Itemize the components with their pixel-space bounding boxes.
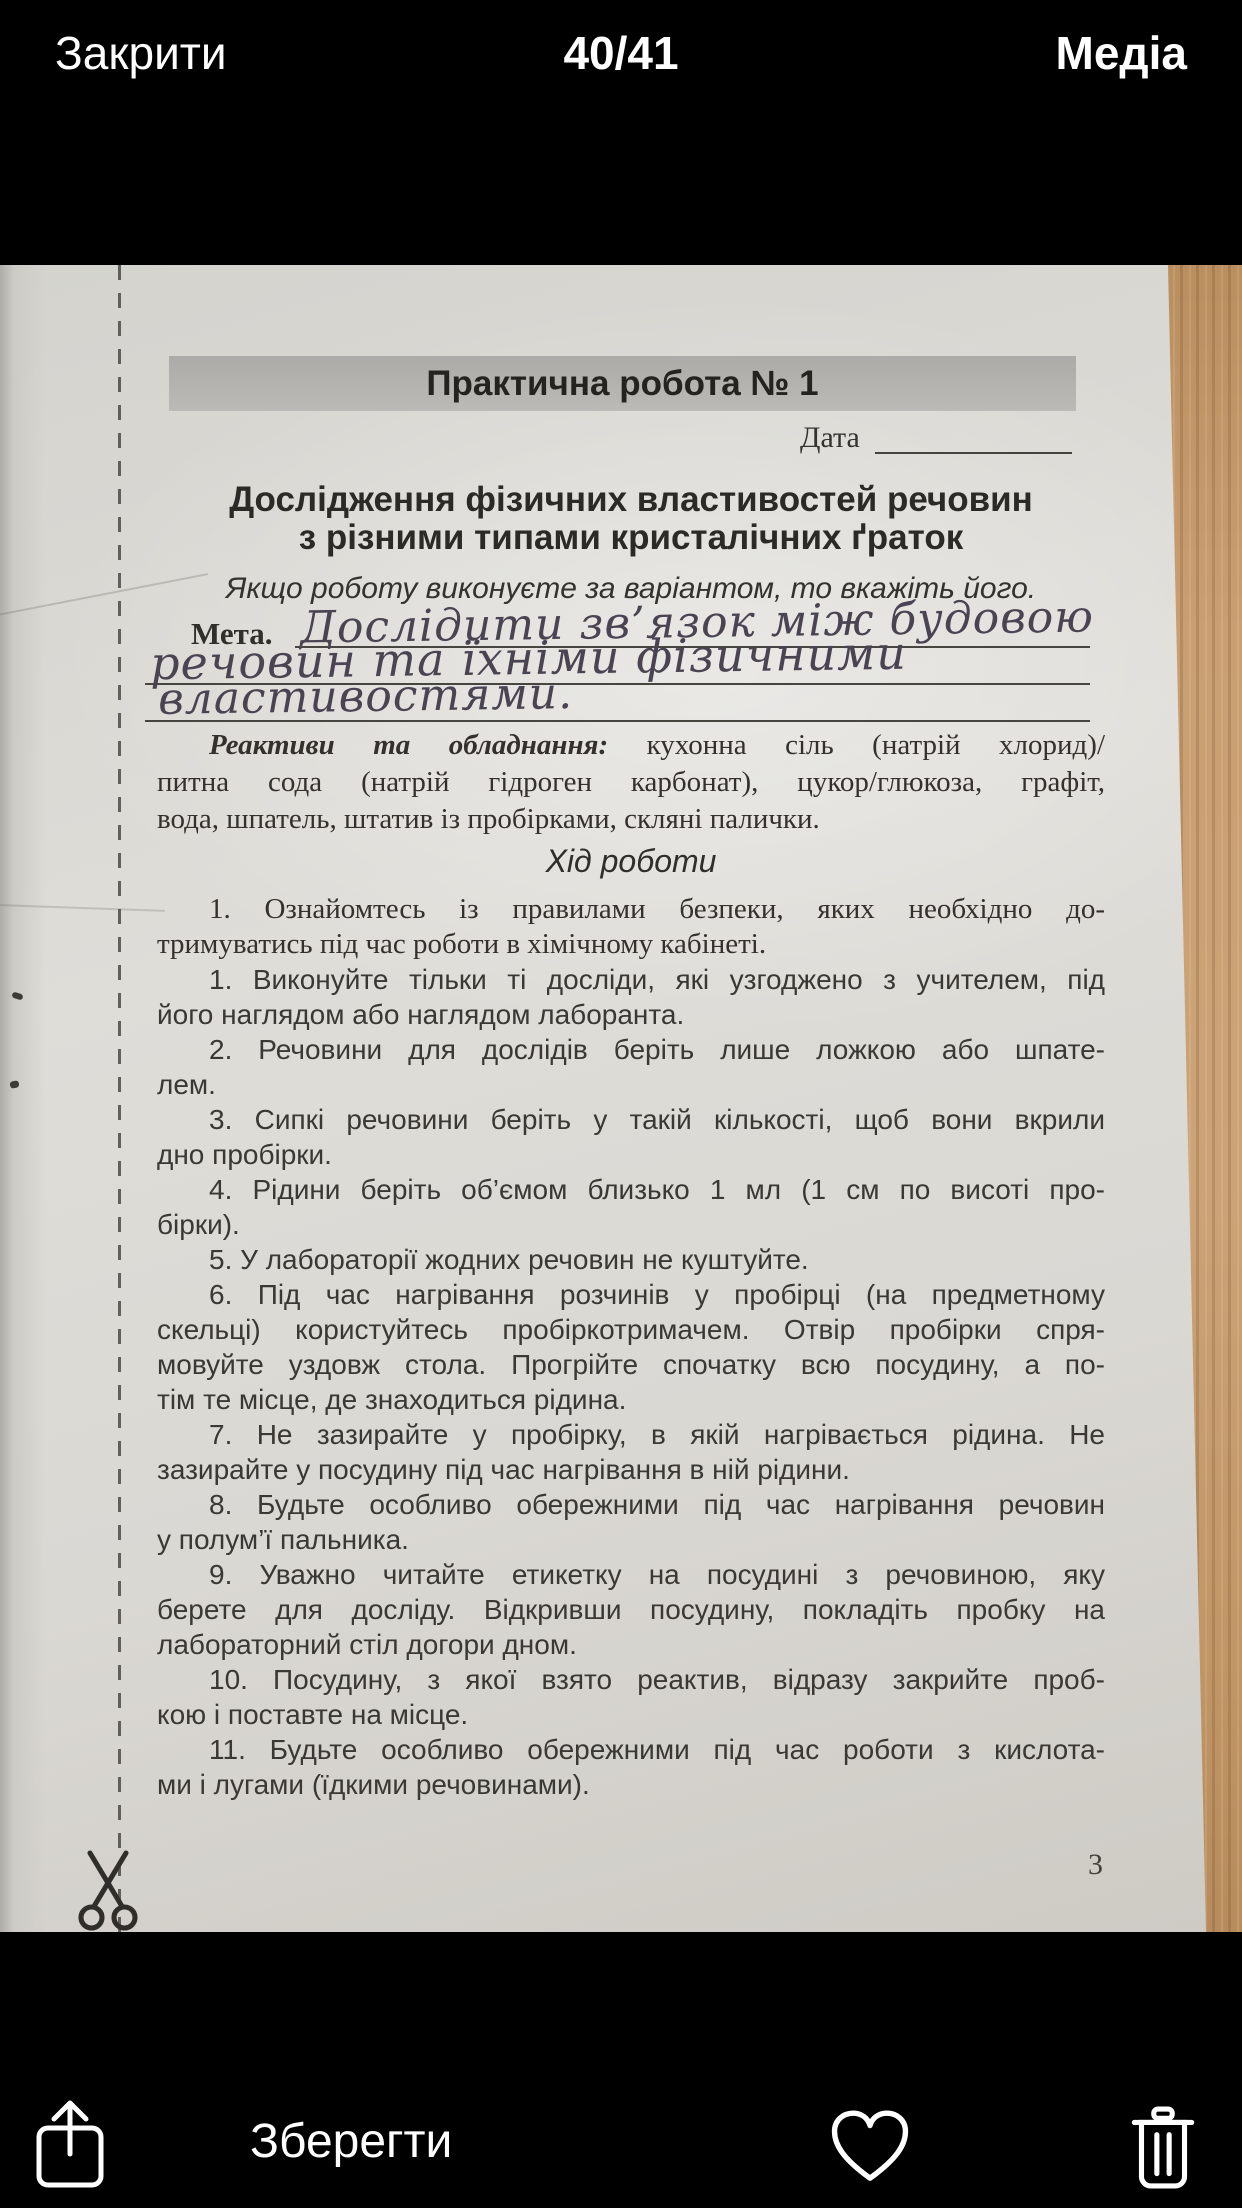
reagents-label: Реактиви та обладнання: xyxy=(209,729,608,761)
text-line: 9. Уважно читайте етикетку на посудині з… xyxy=(157,1557,1105,1592)
text-line: лабораторний стіл догори дном. xyxy=(157,1627,1105,1662)
work-step: 1. Ознайомтесь із правилами безпеки, яки… xyxy=(157,892,1105,962)
text-line: 4. Рідини беріть об’ємом близько 1 мл (1… xyxy=(157,1172,1105,1207)
favorite-button[interactable] xyxy=(827,2108,913,2186)
text-line: зазирайте у посудину під час нагрівання … xyxy=(157,1452,1105,1487)
photo-counter: 40/41 xyxy=(563,26,678,80)
reagents-paragraph: Реактиви та обладнання: кухонна сіль (на… xyxy=(157,727,1105,838)
text-line: скельці) користуйтесь пробіркотримачем. … xyxy=(157,1312,1105,1347)
scissors-icon xyxy=(75,1850,141,1932)
text-line: вода, шпатель, штатив із пробірками, скл… xyxy=(157,801,1105,838)
text-line: тім те місце, де знаходиться рідина. xyxy=(157,1382,1105,1417)
work-step: 5. У лабораторії жодних речовин не кушту… xyxy=(157,1242,1105,1277)
text-line: ми і лугами (їдкими речовинами). xyxy=(157,1767,1105,1802)
save-button[interactable]: Зберегти xyxy=(250,2114,452,2169)
worksheet-title-line1: Дослідження фізичних властивостей речови… xyxy=(157,480,1105,520)
text-line: 8. Будьте особливо обережними під час на… xyxy=(157,1487,1105,1522)
work-step: 3. Сипкі речовини беріть у такій кількос… xyxy=(157,1102,1105,1172)
paper-crease xyxy=(0,904,165,912)
text-line: 5. У лабораторії жодних речовин не кушту… xyxy=(157,1242,1105,1277)
work-step: 6. Під час нагрівання розчинів у пробірц… xyxy=(157,1277,1105,1417)
work-step: 1. Виконуйте тільки ті досліди, які узго… xyxy=(157,962,1105,1032)
paper-smudge xyxy=(11,991,23,1000)
text-line: 2. Речовини для дослідів беріть лише лож… xyxy=(157,1032,1105,1067)
text-line: берете для досліду. Відкривши посудину, … xyxy=(157,1592,1105,1627)
text-line: 11. Будьте особливо обережними під час р… xyxy=(157,1732,1105,1767)
worksheet-photo[interactable]: Практична робота № 1 Дата Дослідження фі… xyxy=(0,265,1242,1932)
text-line: питна сода (натрій гідроген карбонат), ц… xyxy=(157,764,1105,801)
work-steps: 1. Ознайомтесь із правилами безпеки, яки… xyxy=(157,892,1105,1802)
text-line: його наглядом або наглядом лаборанта. xyxy=(157,997,1105,1032)
work-step: 9. Уважно читайте етикетку на посудині з… xyxy=(157,1557,1105,1662)
work-step: 2. Речовини для дослідів беріть лише лож… xyxy=(157,1032,1105,1102)
text-line: мовуйте уздовж стола. Прогрійте спочатку… xyxy=(157,1347,1105,1382)
work-step: 4. Рідини беріть об’ємом близько 1 мл (1… xyxy=(157,1172,1105,1242)
text-line: тримуватись під час роботи в хімічному к… xyxy=(157,927,1105,962)
share-icon xyxy=(34,2098,106,2190)
work-step: 8. Будьте особливо обережними під час на… xyxy=(157,1487,1105,1557)
page-number: 3 xyxy=(1088,1848,1103,1882)
work-step: 7. Не зазирайте у пробірку, в якій нагрі… xyxy=(157,1417,1105,1487)
text-line: кою і поставте на місце. xyxy=(157,1697,1105,1732)
top-navigation-bar: Закрити 40/41 Медіа xyxy=(0,0,1242,106)
share-button[interactable] xyxy=(34,2098,106,2190)
close-button[interactable]: Закрити xyxy=(55,26,227,80)
paper-smudge xyxy=(9,1080,19,1089)
text-line: дно пробірки. xyxy=(157,1137,1105,1172)
date-label: Дата xyxy=(800,421,860,455)
text-line: 6. Під час нагрівання розчинів у пробірц… xyxy=(157,1277,1105,1312)
text-line: 1. Виконуйте тільки ті досліди, які узго… xyxy=(157,962,1105,997)
reagents-line: Реактиви та обладнання: кухонна сіль (на… xyxy=(157,727,1105,764)
photo-viewer-screen: Закрити 40/41 Медіа Практична робота № 1… xyxy=(0,0,1242,2208)
bottom-toolbar: Зберегти xyxy=(0,1932,1242,2208)
work-step: 11. Будьте особливо обережними під час р… xyxy=(157,1732,1105,1802)
worksheet-page: Практична робота № 1 Дата Дослідження фі… xyxy=(0,265,1212,1932)
media-button[interactable]: Медіа xyxy=(1056,26,1187,80)
cut-dashed-line xyxy=(118,265,121,1932)
date-blank-line xyxy=(875,452,1072,454)
worksheet-title-line2: з різними типами кристалічних ґраток xyxy=(157,518,1105,558)
section-title: Хід роботи xyxy=(157,843,1105,880)
text-line: 7. Не зазирайте у пробірку, в якій нагрі… xyxy=(157,1417,1105,1452)
text-line: бірки). xyxy=(157,1207,1105,1242)
heart-icon xyxy=(827,2108,913,2186)
handwritten-goal-line3: властивостями. xyxy=(158,653,574,725)
reagents-text: кухонна сіль (натрій хлорид)/ xyxy=(647,729,1105,761)
text-line: 3. Сипкі речовини беріть у такій кількос… xyxy=(157,1102,1105,1137)
text-line: лем. xyxy=(157,1067,1105,1102)
work-step: 10. Посудину, з якої взято реактив, відр… xyxy=(157,1662,1105,1732)
trash-icon xyxy=(1128,2106,1198,2190)
text-line: 10. Посудину, з якої взято реактив, відр… xyxy=(157,1662,1105,1697)
text-line: у полум’ї пальника. xyxy=(157,1522,1105,1557)
delete-button[interactable] xyxy=(1128,2106,1198,2190)
worksheet-banner-title: Практична робота № 1 xyxy=(169,356,1076,411)
text-line: 1. Ознайомтесь із правилами безпеки, яки… xyxy=(157,892,1105,927)
